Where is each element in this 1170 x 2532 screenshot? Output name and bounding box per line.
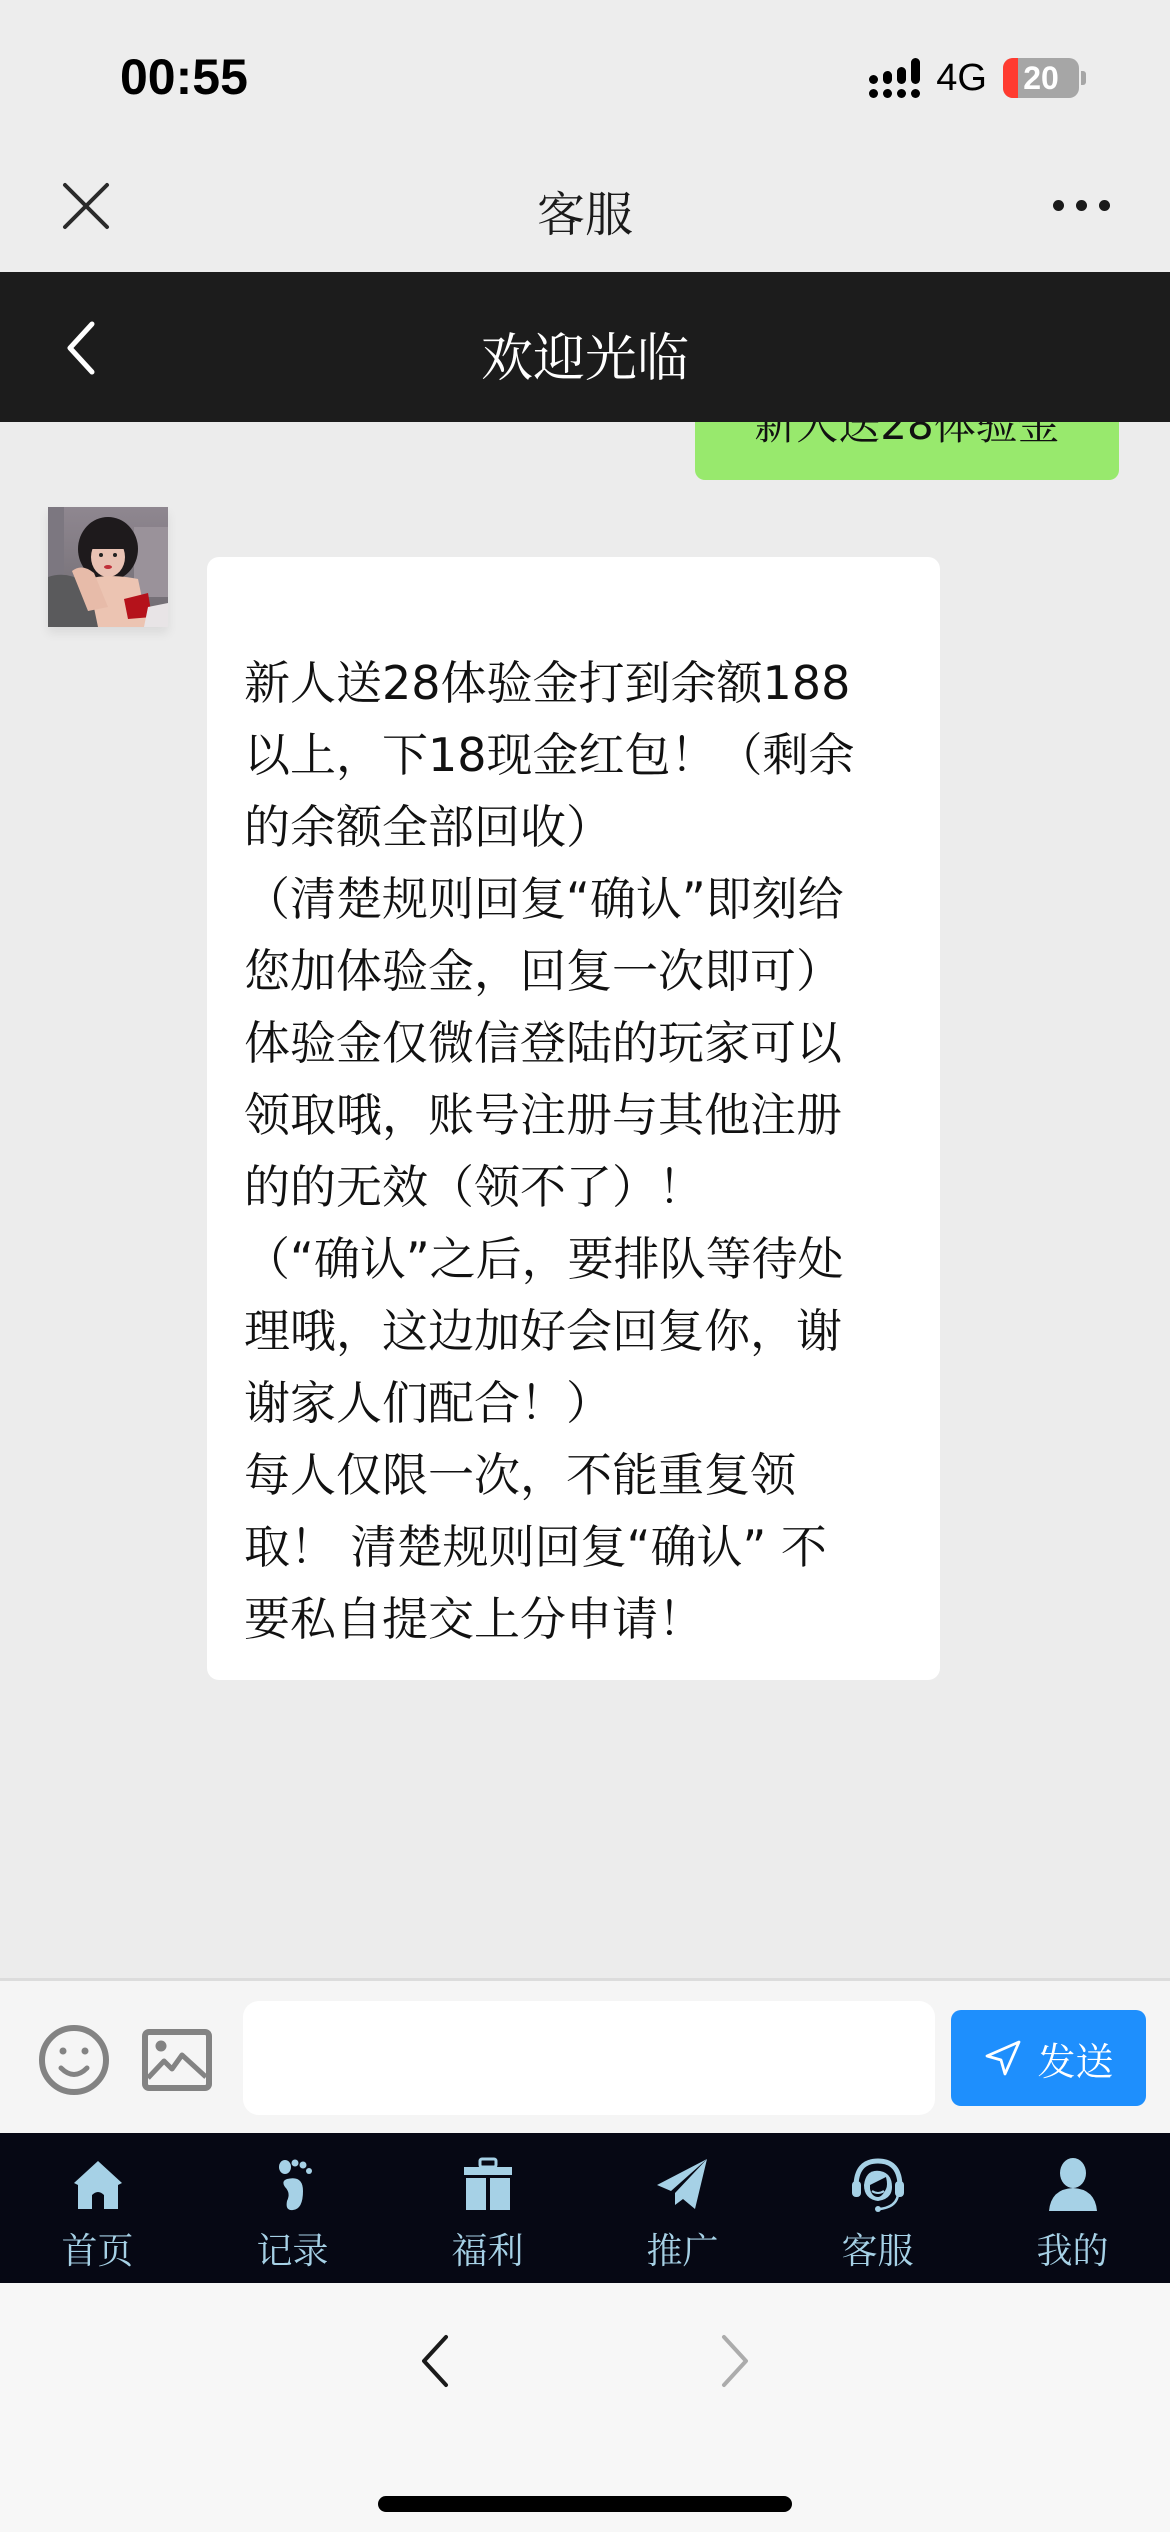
user-icon bbox=[1043, 2155, 1103, 2215]
avatar[interactable] bbox=[48, 507, 168, 627]
tab-benefits[interactable]: 福利 bbox=[390, 2133, 585, 2283]
agent-avatar-photo bbox=[48, 507, 168, 627]
more-icon[interactable] bbox=[1053, 200, 1110, 211]
message-line: 的余额全部回收） bbox=[244, 791, 904, 863]
bottom-tab-bar: 首页 记录 福利 推广 bbox=[0, 2133, 1170, 2283]
message-line: 您加体验金，回复一次即可） bbox=[244, 935, 904, 1007]
message-line: 要私自提交上分申请！ bbox=[244, 1583, 904, 1655]
tab-records[interactable]: 记录 bbox=[195, 2133, 390, 2283]
home-icon bbox=[68, 2155, 128, 2215]
tab-label: 福利 bbox=[451, 2223, 523, 2274]
send-label: 发送 bbox=[1037, 2031, 1113, 2086]
message-text: 新人送28体验金 bbox=[754, 422, 1059, 449]
message-line: （清楚规则回复“确认”即刻给 bbox=[244, 863, 904, 935]
message-line: 谢家人们配合！） bbox=[244, 1367, 904, 1439]
message-line: 领取哦，账号注册与其他注册 bbox=[244, 1079, 904, 1151]
tab-label: 我的 bbox=[1036, 2223, 1108, 2274]
outgoing-message-bubble: 新人送28体验金 bbox=[695, 422, 1119, 480]
emoji-icon[interactable] bbox=[37, 2023, 111, 2097]
gift-icon bbox=[458, 2155, 518, 2215]
page-title: 欢迎光临 bbox=[0, 316, 1170, 391]
browser-back-icon[interactable] bbox=[418, 2333, 452, 2389]
wechat-page-title: 客服 bbox=[0, 176, 1170, 245]
tab-home[interactable]: 首页 bbox=[0, 2133, 195, 2283]
tab-label: 推广 bbox=[646, 2223, 718, 2274]
message-input-bar: 发送 bbox=[0, 1978, 1170, 2133]
tab-label: 客服 bbox=[841, 2223, 913, 2274]
tab-promotion[interactable]: 推广 bbox=[585, 2133, 780, 2283]
status-bar: 00:55 4G 20 bbox=[0, 0, 1170, 150]
headset-agent-icon bbox=[848, 2155, 908, 2215]
message-line: 理哦，这边加好会回复你，谢 bbox=[244, 1295, 904, 1367]
message-line: 取！ 清楚规则回复“确认” 不 bbox=[244, 1511, 904, 1583]
wechat-nav-bar: 客服 bbox=[0, 150, 1170, 272]
message-input[interactable] bbox=[243, 2001, 935, 2115]
network-type: 4G bbox=[936, 57, 987, 100]
message-line: 体验金仅微信登陆的玩家可以 bbox=[244, 1007, 904, 1079]
status-time: 00:55 bbox=[120, 48, 248, 106]
tab-mine[interactable]: 我的 bbox=[975, 2133, 1170, 2283]
paper-plane-icon bbox=[653, 2155, 713, 2215]
message-line: （“确认”之后，要排队等待处 bbox=[244, 1223, 904, 1295]
image-icon[interactable] bbox=[142, 2029, 212, 2091]
message-line: 新人送28体验金打到余额188 bbox=[244, 647, 904, 719]
home-indicator[interactable] bbox=[378, 2496, 792, 2512]
tab-customer-service[interactable]: 客服 bbox=[780, 2133, 975, 2283]
tab-label: 首页 bbox=[61, 2223, 133, 2274]
browser-forward-icon[interactable] bbox=[718, 2333, 752, 2389]
battery-icon: 20 bbox=[1003, 58, 1079, 98]
app-header: 欢迎光临 bbox=[0, 272, 1170, 422]
status-indicators: 4G 20 bbox=[869, 56, 1086, 100]
footprint-icon bbox=[263, 2155, 323, 2215]
send-icon bbox=[983, 2038, 1023, 2078]
chat-message-list[interactable]: 新人送28体验金 新人送28体验金打到余 bbox=[0, 422, 1170, 1978]
message-line: 的的无效（领不了）！ bbox=[244, 1151, 904, 1223]
send-button[interactable]: 发送 bbox=[951, 2010, 1146, 2106]
tab-label: 记录 bbox=[256, 2223, 328, 2274]
message-line: 以上，下18现金红包！（剩余 bbox=[244, 719, 904, 791]
browser-toolbar bbox=[0, 2283, 1170, 2532]
battery-percent: 20 bbox=[1003, 58, 1079, 98]
incoming-message-bubble: 新人送28体验金打到余额188 以上，下18现金红包！（剩余 的余额全部回收） … bbox=[207, 557, 940, 1680]
signal-strength-icon bbox=[869, 58, 920, 98]
message-line: 每人仅限一次，不能重复领 bbox=[244, 1439, 904, 1511]
